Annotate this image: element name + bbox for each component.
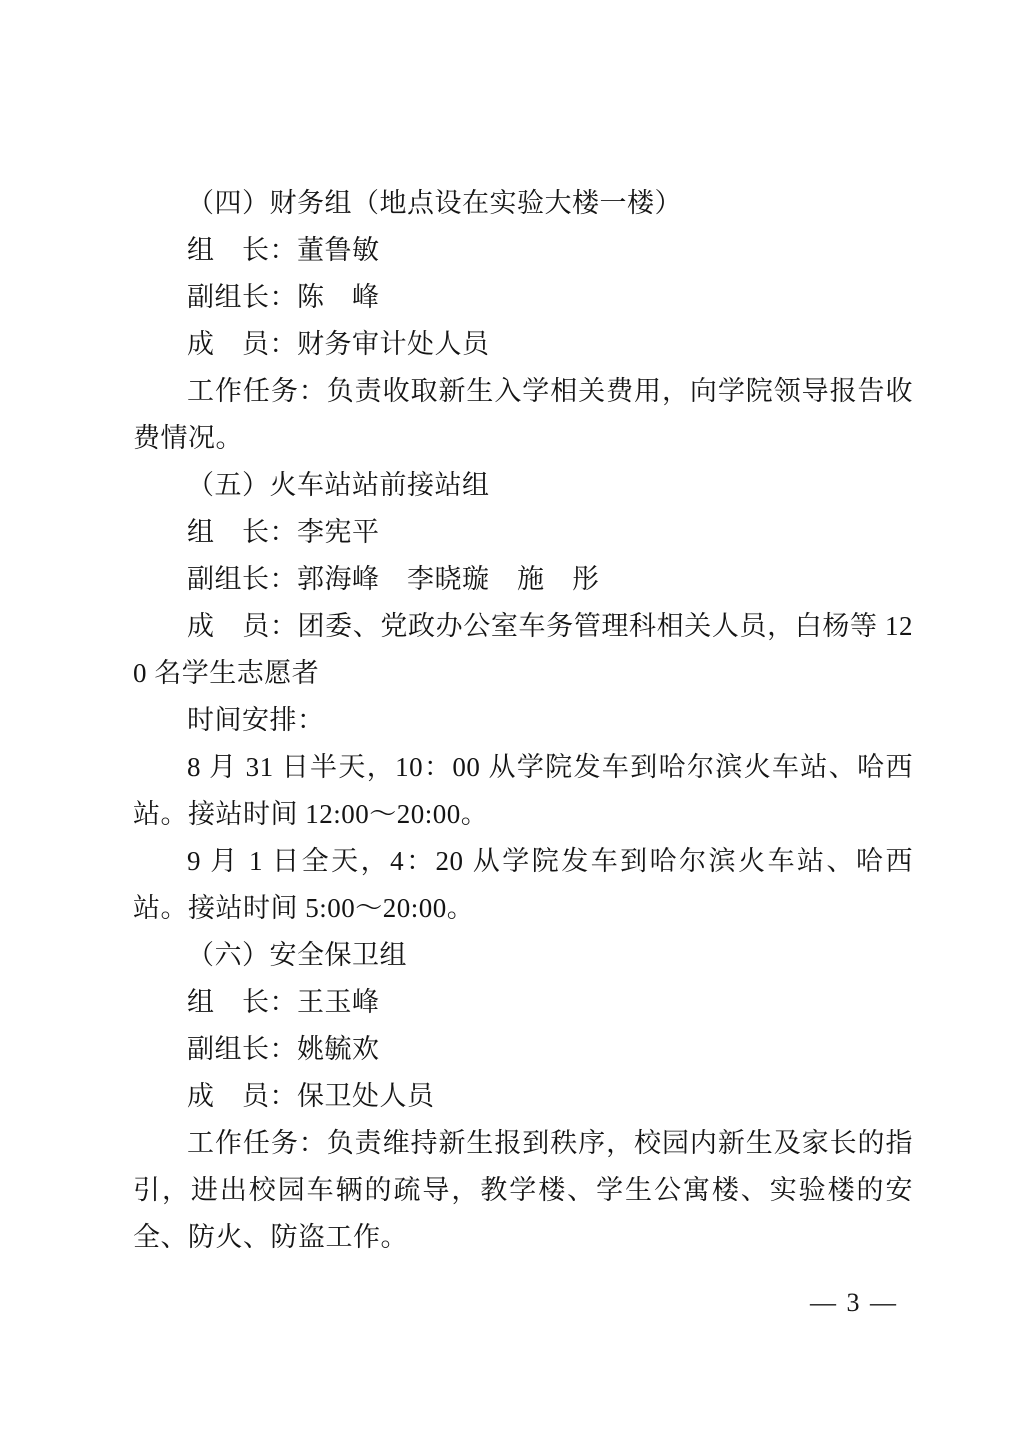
section-security-group: （六）安全保卫组 组 长：王玉峰 副组长：姚毓欢 成 员：保卫处人员 工作任务：… [133,932,913,1261]
deputy-leader-line: 副组长：姚毓欢 [133,1026,913,1073]
group-leader-line: 组 长：董鲁敏 [133,227,913,274]
schedule-heading: 时间安排： [133,697,913,744]
section-finance-group: （四）财务组（地点设在实验大楼一楼） 组 长：董鲁敏 副组长：陈 峰 成 员：财… [133,180,913,462]
members-line: 成 员：团委、党政办公室车务管理科相关人员，白杨等 120 名学生志愿者 [133,603,913,697]
schedule-item: 8 月 31 日半天，10：00 从学院发车到哈尔滨火车站、哈西站。接站时间 1… [133,744,913,838]
deputy-leader-line: 副组长：陈 峰 [133,274,913,321]
section-heading: （六）安全保卫组 [133,932,913,979]
document-body: （四）财务组（地点设在实验大楼一楼） 组 长：董鲁敏 副组长：陈 峰 成 员：财… [133,180,913,1261]
section-heading: （四）财务组（地点设在实验大楼一楼） [133,180,913,227]
document-page: （四）财务组（地点设在实验大楼一楼） 组 长：董鲁敏 副组长：陈 峰 成 员：财… [0,0,1024,1447]
section-heading: （五）火车站站前接站组 [133,462,913,509]
members-line: 成 员：保卫处人员 [133,1073,913,1120]
group-leader-line: 组 长：王玉峰 [133,979,913,1026]
task-paragraph: 工作任务：负责收取新生入学相关费用，向学院领导报告收费情况。 [133,368,913,462]
page-number: — 3 — [810,1283,898,1323]
section-station-pickup-group: （五）火车站站前接站组 组 长：李宪平 副组长：郭海峰 李晓璇 施 彤 成 员：… [133,462,913,932]
deputy-leader-line: 副组长：郭海峰 李晓璇 施 彤 [133,556,913,603]
task-paragraph: 工作任务：负责维持新生报到秩序，校园内新生及家长的指引，进出校园车辆的疏导，教学… [133,1120,913,1261]
schedule-item: 9 月 1 日全天，4：20 从学院发车到哈尔滨火车站、哈西站。接站时间 5:0… [133,838,913,932]
members-line: 成 员：财务审计处人员 [133,321,913,368]
group-leader-line: 组 长：李宪平 [133,509,913,556]
